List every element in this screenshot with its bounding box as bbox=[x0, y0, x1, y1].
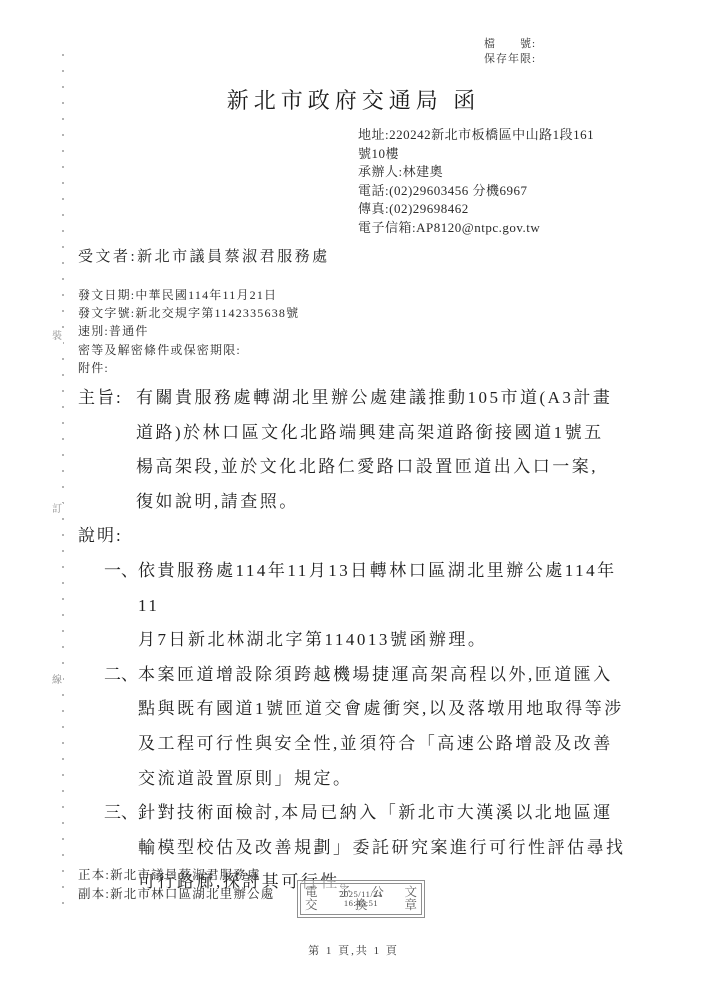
subject-line: 復如說明,請查照。 bbox=[136, 485, 634, 520]
description-item-2: 二、 本案匝道增設除須跨越機場捷運高架高程以外,匝道匯入 點與既有國道1號匝道交… bbox=[78, 658, 634, 796]
sender-address-line2: 號10樓 bbox=[358, 145, 594, 164]
document-meta-block: 發文日期:中華民國114年11月21日 發文字號:新北交規字第114233563… bbox=[78, 286, 299, 377]
copies-block: 正本:新北市議員蔡淑君服務處 副本:新北市林口區湖北里辦公處 bbox=[78, 866, 274, 903]
subject-line: 道路)於林口區文化北路端興建高架道路銜接國道1號五 bbox=[136, 416, 634, 451]
item-line: 針對技術面檢討,本局已納入「新北市大漢溪以北地區運 bbox=[138, 796, 634, 831]
official-letter-page: 裝 訂 線 檔 號: 保存年限: 新北市政府交通局 函 地址:220242新北市… bbox=[0, 0, 707, 1000]
item-line: 月7日新北林湖北字第114013號函辦理。 bbox=[138, 623, 634, 658]
binding-mark-zhuang: 裝 bbox=[51, 330, 63, 344]
sender-email: 電子信箱:AP8120@ntpc.gov.tw bbox=[358, 219, 594, 238]
sender-contact-person: 承辦人:林建奧 bbox=[358, 163, 594, 182]
original-copy-line: 正本:新北市議員蔡淑君服務處 bbox=[78, 866, 274, 885]
security-class-line: 密等及解密條件或保密期限: bbox=[78, 341, 299, 359]
attachment-line: 附件: bbox=[78, 359, 299, 377]
description-item-1: 一、 依貴服務處114年11月13日轉林口區湖北里辦公處114年11 月7日新北… bbox=[78, 554, 634, 658]
speed-class-line: 速別:普通件 bbox=[78, 322, 299, 340]
item-text: 依貴服務處114年11月13日轉林口區湖北里辦公處114年11 月7日新北林湖北… bbox=[138, 554, 634, 658]
stamp-time: 16:45:51 bbox=[344, 899, 378, 908]
file-number-label: 檔 號: bbox=[484, 37, 536, 52]
item-line: 本案匝道增設除須跨越機場捷運高架高程以外,匝道匯入 bbox=[138, 658, 634, 693]
letter-body: 主旨: 有關貴服務處轉湖北里辦公處建議推動105市道(A3計畫 道路)於林口區文… bbox=[78, 381, 634, 900]
item-line: 依貴服務處114年11月13日轉林口區湖北里辦公處114年11 bbox=[138, 554, 634, 623]
item-number: 一、 bbox=[104, 554, 138, 658]
subject-section: 主旨: 有關貴服務處轉湖北里辦公處建議推動105市道(A3計畫 道路)於林口區文… bbox=[78, 381, 634, 519]
document-title: 新北市政府交通局 函 bbox=[0, 84, 707, 115]
stamp-inner-border: 電子公文 交換章 2025/11/21 16:45:51 bbox=[300, 883, 422, 915]
binding-mark-ding: 訂 bbox=[51, 503, 63, 517]
item-line: 輸模型校估及改善規劃」委託研究案進行可行性評估尋找 bbox=[138, 831, 634, 866]
recipient-line: 受文者:新北市議員蔡淑君服務處 bbox=[78, 245, 330, 266]
page-number-footer: 第 1 頁,共 1 頁 bbox=[0, 942, 707, 958]
item-line: 及工程可行性與安全性,並須符合「高速公路增設及改善 bbox=[138, 727, 634, 762]
description-label: 說明: bbox=[78, 519, 634, 554]
sender-info-block: 地址:220242新北市板橋區中山路1段161 號10樓 承辦人:林建奧 電話:… bbox=[358, 126, 594, 238]
file-number-block: 檔 號: 保存年限: bbox=[484, 37, 536, 67]
e-document-exchange-stamp: 電子公文 交換章 2025/11/21 16:45:51 bbox=[297, 880, 425, 918]
subject-line: 楊高架段,並於文化北路仁愛路口設置匝道出入口一案, bbox=[136, 450, 634, 485]
stamp-timestamp: 2025/11/21 16:45:51 bbox=[301, 884, 421, 914]
sender-phone: 電話:(02)29603456 分機6967 bbox=[358, 182, 594, 201]
subject-line: 有關貴服務處轉湖北里辦公處建議推動105市道(A3計畫 bbox=[136, 381, 634, 416]
item-text: 本案匝道增設除須跨越機場捷運高架高程以外,匝道匯入 點與既有國道1號匝道交會處衝… bbox=[138, 658, 634, 796]
cc-copy-line: 副本:新北市林口區湖北里辦公處 bbox=[78, 885, 274, 904]
binding-dotted-line bbox=[62, 54, 64, 906]
item-line: 交流道設置原則」規定。 bbox=[138, 762, 634, 797]
subject-label: 主旨: bbox=[78, 381, 136, 519]
subject-text: 有關貴服務處轉湖北里辦公處建議推動105市道(A3計畫 道路)於林口區文化北路端… bbox=[136, 381, 634, 519]
item-number: 二、 bbox=[104, 658, 138, 796]
doc-number-line: 發文字號:新北交規字第1142335638號 bbox=[78, 304, 299, 322]
sender-address-line1: 地址:220242新北市板橋區中山路1段161 bbox=[358, 126, 594, 145]
issue-date-line: 發文日期:中華民國114年11月21日 bbox=[78, 286, 299, 304]
binding-mark-xian: 線 bbox=[51, 674, 63, 688]
retention-period-label: 保存年限: bbox=[484, 52, 536, 67]
item-line: 點與既有國道1號匝道交會處衝突,以及落墩用地取得等涉 bbox=[138, 692, 634, 727]
sender-fax: 傳真:(02)29698462 bbox=[358, 200, 594, 219]
